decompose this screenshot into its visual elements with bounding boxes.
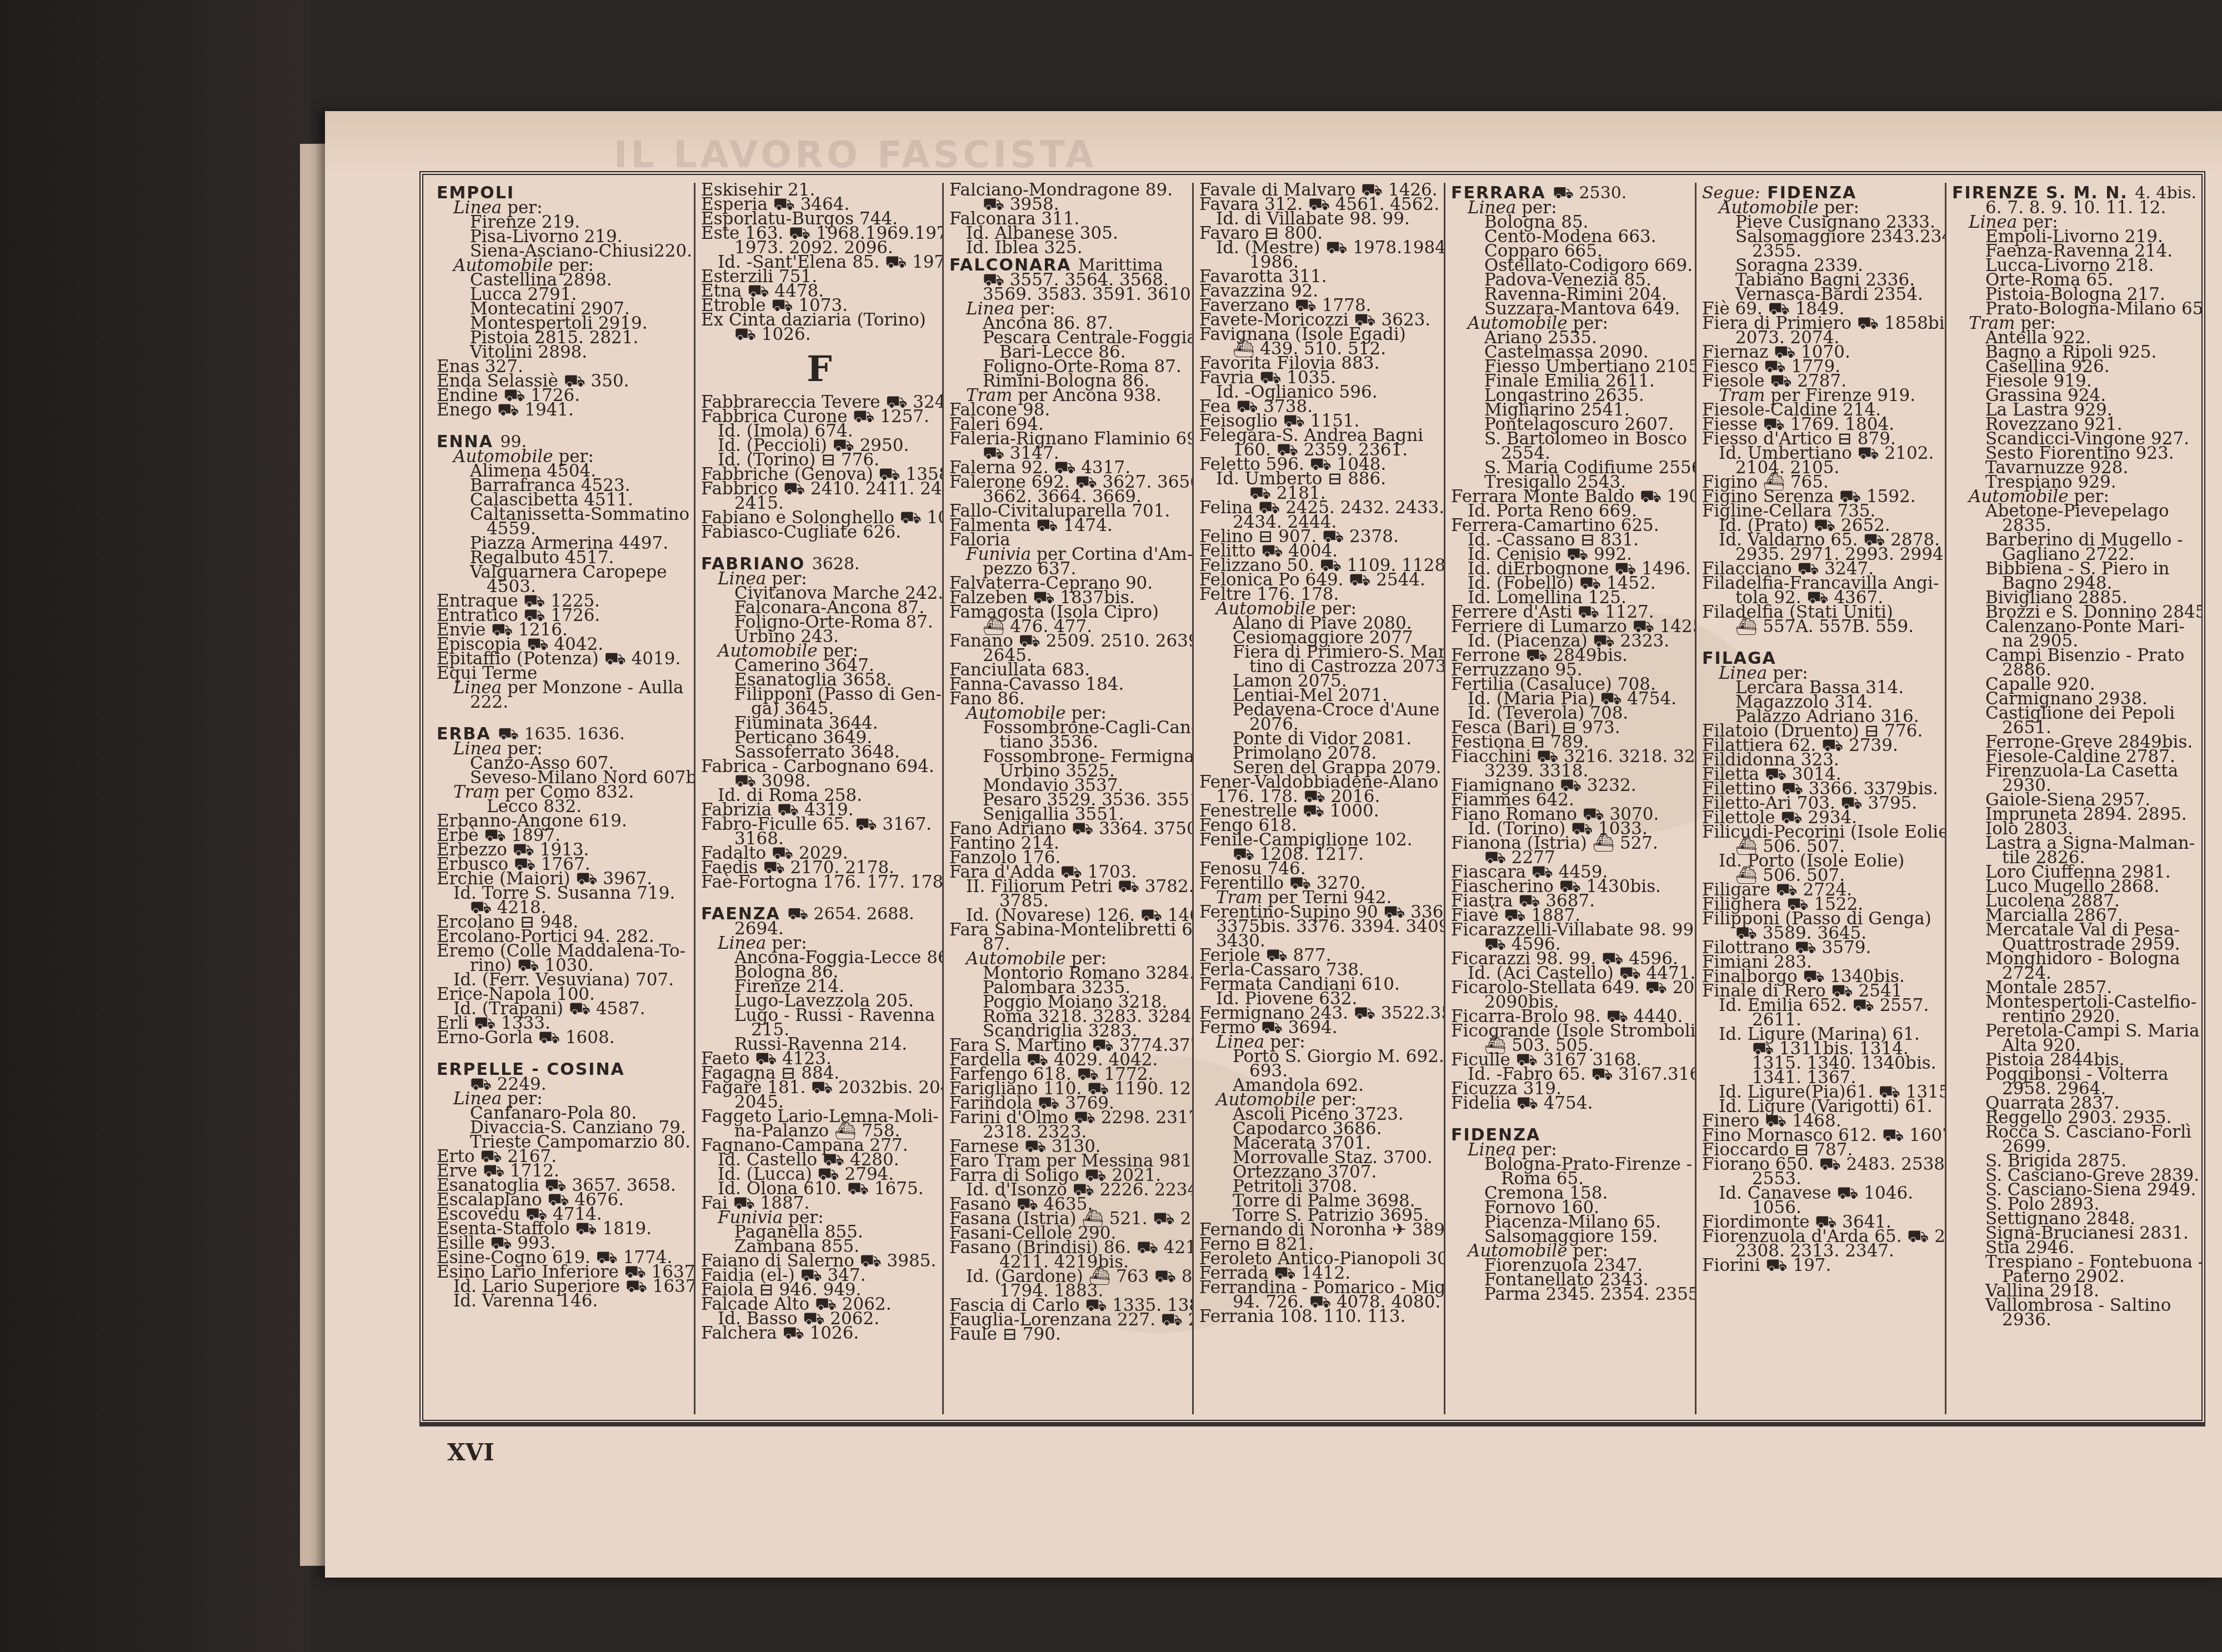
index-subentry: Id. Canavese ⛟ 1046. <box>1702 1186 1940 1200</box>
index-entry: Ferrania 108. 110. 113. <box>1199 1309 1439 1324</box>
index-subentry: Caltanissetta-Sommatino <box>437 507 689 522</box>
index-subentry: Pedavena-Croce d'Aune <box>1199 703 1439 717</box>
index-entry: Falchera ⛟ 1026. <box>701 1326 938 1340</box>
index-subentry: Abetone-Pievepelago <box>1952 504 2198 518</box>
index-column-2: Eskisehir 21.Esperia ⛟ 3464.Esporlatu-Bu… <box>695 183 944 1414</box>
index-column-6: Segue: FIDENZAAutomobile per:Pieve Cusig… <box>1696 183 1946 1414</box>
transport-mode-rest: per Monzone - Aulla <box>502 678 683 698</box>
index-entry: Fidelia ⛟ 4754. <box>1451 1096 1690 1110</box>
index-entry: Erno-Gorla ⛟ 1608. <box>437 1030 689 1045</box>
index-entry: Fiorano 650. ⛟ 2483. 2538. <box>1702 1157 1940 1172</box>
book-page: IL LAVORO FASCISTA EMPOLILinea per:Firen… <box>325 111 2222 1578</box>
index-subentry: Porto S. Giorgio M. 692. <box>1199 1049 1439 1064</box>
page-top-band <box>325 111 2222 172</box>
index-subentry: Campi Bisenzio - Prato <box>1952 648 2198 663</box>
city-heading-refs: 3628. <box>812 554 860 574</box>
index-entry: Enego ⛟ 1941. <box>437 403 689 417</box>
background-dark <box>0 0 311 1652</box>
ghost-header-bleedthrough: IL LAVORO FASCISTA <box>614 133 1097 176</box>
index-subentry: ⛴ 557A. 557B. 559. <box>1702 619 1940 634</box>
index-subentry: Lugo - Russi - Ravenna <box>701 1008 938 1023</box>
city-heading-refs: ⛟ 2654. 2688. <box>787 904 914 924</box>
index-table-frame: EMPOLILinea per:Firenze 219.Pisa-Livorno… <box>419 171 2205 1424</box>
index-subentry: Vallombrosa - Saltino <box>1952 1298 2198 1313</box>
index-subentry: Salsomaggiore 2343.2346. <box>1702 229 1940 244</box>
index-subentry: Firenzuola-La Casetta <box>1952 764 2198 778</box>
index-subentry: II. Filiorum Petri ⛟ 3782. <box>949 879 1188 894</box>
index-column-4: Favale di Malvaro ⛟ 1426.Favara 312. ⛟ 4… <box>1194 183 1445 1414</box>
index-entry: Fiorini ⛟ 197. <box>1702 1258 1940 1273</box>
index-subentry: Castiglione dei Pepoli <box>1952 706 2198 720</box>
section-letter: F <box>701 347 938 392</box>
index-columns: EMPOLILinea per:Firenze 219.Pisa-Livorno… <box>431 183 2194 1414</box>
index-subentry: Rocca S. Casciano-Forlì <box>1952 1125 2198 1139</box>
index-column-5: FERRARA ⛟ 2530.Linea per:Bologna 85.Cent… <box>1445 183 1696 1414</box>
page-number: XVI <box>447 1439 494 1466</box>
frame-bottom-rule <box>419 1422 2205 1426</box>
index-subentry: Valguarnera Caropepe <box>437 565 689 579</box>
index-subentry: S. Bartolomeo in Bosco <box>1451 432 1690 446</box>
city-heading-refs: ⛟ 2530. <box>1553 183 1627 203</box>
index-subentry: Parma 2345. 2354. 2355. <box>1451 1287 1690 1301</box>
index-subentry: Id. Emilia 652. ⛟ 2557. <box>1702 998 1940 1013</box>
index-column-7: FIRENZE S. M. N. 4. 4bis.6. 7. 8. 9. 10.… <box>1946 183 2202 1414</box>
index-entry: Faè-Fortogna 176. 177. 178. <box>701 875 938 889</box>
index-subentry: Id. Iblea 325. <box>949 241 1188 255</box>
index-column-1: EMPOLILinea per:Firenze 219.Pisa-Livorno… <box>431 183 695 1414</box>
index-column-3: Falciano-Mondragone 89.⛟ 3958.Falconara … <box>944 183 1194 1414</box>
index-subentry: Monghidoro - Bologna <box>1952 952 2198 966</box>
index-subentry: Id. (Mestre) ⛟ 1978.1984. <box>1199 241 1439 255</box>
